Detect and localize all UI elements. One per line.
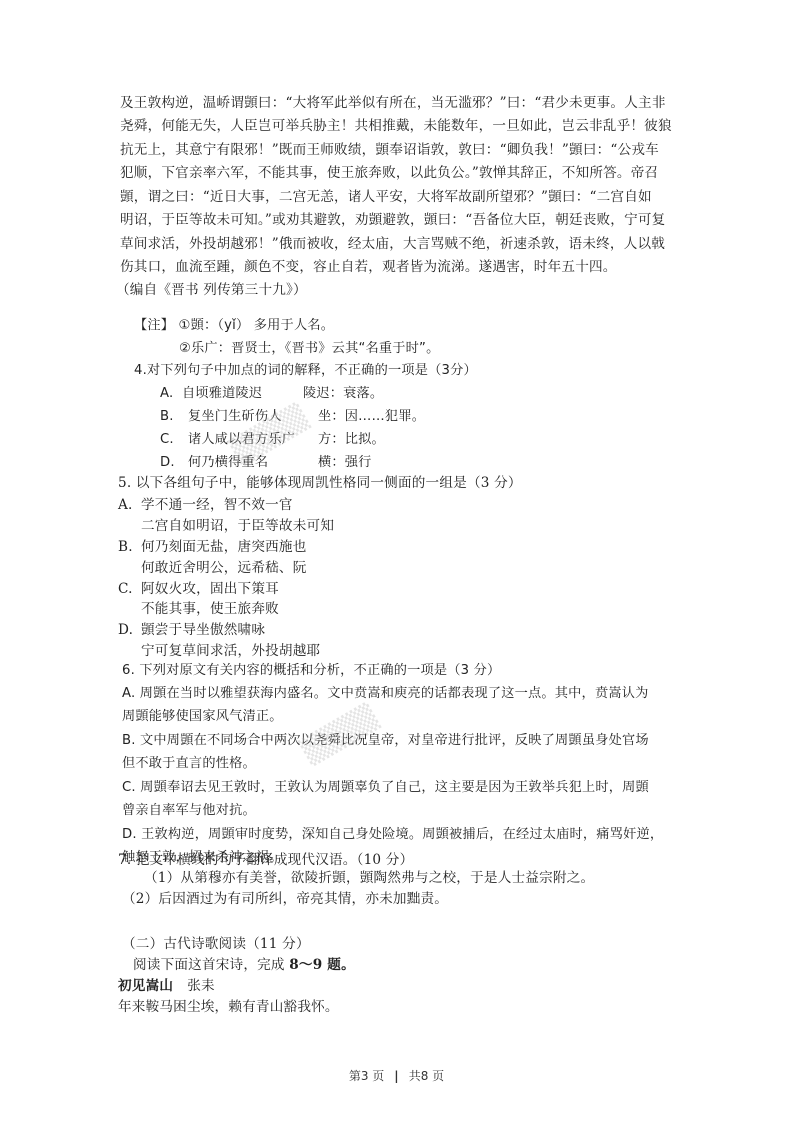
- instruction-text: 阅读下面这首宋诗，完成: [133, 957, 289, 973]
- q5-option-line: 何敢近舍明公，远希嵇、阮: [141, 559, 307, 577]
- q7-item: （1）从第穆亦有美誉，欲陵折顗，顗陶然弗与之校，于是人士益宗附之。: [144, 869, 594, 887]
- note-1: 【注】 ①顗：（yǐ） 多用于人名。: [134, 317, 334, 335]
- current-page: 第3 页: [349, 1069, 384, 1083]
- q4-option-label: A.: [160, 385, 173, 403]
- q4-option-gloss: 方：比拟。: [318, 431, 385, 449]
- question-7-stem: 7. 把文中横线的句子翻译成现代汉语。（10 分）: [118, 851, 413, 869]
- footer-separator: |: [394, 1069, 398, 1083]
- passage-line: 及王敦构逆，温峤谓顗曰：“大将军此举似有所在，当无滥邪？”曰：“君少未更事。人主…: [120, 94, 666, 112]
- poem-title: 初见嵩山: [118, 978, 173, 994]
- q4-option-sentence: 复坐门生斫伤人: [188, 408, 282, 426]
- page-footer: 第3 页|共8 页: [0, 1067, 793, 1084]
- question-4-stem: 4.对下列句子中加点的词的解释，不正确的一项是（3分）: [134, 362, 477, 380]
- passage-line: 犯顺，下官亲率六军，不能其事，使王旅奔败，以此负公。”敦惮其辞正，不知所答。帝召: [120, 164, 658, 182]
- q4-option-label: C.: [160, 431, 174, 449]
- q6-option-line: 但不敢于直言的性格。: [122, 755, 256, 773]
- q6-option-line: 曾亲自率军与他对抗。: [122, 802, 256, 820]
- q5-option-line: 学不通一经，智不效一官: [141, 496, 293, 514]
- instruction-bold: 8～9 题。: [289, 957, 355, 973]
- document-page: 及王敦构逆，温峤谓顗曰：“大将军此举似有所在，当无滥邪？”曰：“君少未更事。人主…: [0, 0, 793, 1122]
- passage-line: 伤其口，血流至踵，颜色不变，容止自若，观者皆为流涕。遂遇害，时年五十四。: [120, 258, 617, 276]
- q5-option-line: 不能其事，使王旅奔败: [141, 600, 279, 618]
- q5-option-label: B.: [118, 538, 133, 556]
- passage-source: （编自《晋书 列传第三十九》）: [116, 281, 307, 299]
- note-2: ②乐广：晋贤士，《晋书》云其“名重于时”。: [179, 340, 439, 358]
- passage-line: 顗，谓之曰：“近日大事，二宫无恙，诸人平安，大将军故副所望邪？”顗曰：“二宫自如: [120, 188, 652, 206]
- q6-option-line: D. 王敦构逆，周顗审时度势，深知自己身处险境。周顗被捕后，在经过太庙时，痛骂奸…: [122, 826, 663, 844]
- q5-option-label: D.: [118, 621, 133, 639]
- q5-option-label: C.: [118, 580, 133, 598]
- q7-item: （2）后因酒过为有司所纠，帝亮其情，亦未加黜责。: [122, 890, 448, 908]
- q5-option-line: 顗尝于导坐傲然啸咏: [141, 621, 265, 639]
- passage-line: 明诏，于臣等故未可知。”或劝其避敦，劝顗避敦，顗曰：“吾备位大臣，朝廷丧败，宁可…: [120, 211, 665, 229]
- q6-option-line: C. 周顗奉诏去见王敦时，王敦认为周顗辜负了自己，这主要是因为王敦举兵犯上时，周…: [122, 779, 649, 797]
- q4-option-label: B.: [160, 408, 174, 426]
- section-heading: （二）古代诗歌阅读（11 分）: [122, 935, 310, 953]
- q5-option-line: 何乃刻面无盐，唐突西施也: [141, 538, 307, 556]
- passage-line: 尧舜，何能无失，人臣岂可举兵胁主！共相推戴，未能数年，一旦如此，岂云非乱乎！彼狼: [120, 117, 672, 135]
- poem-line: 年来鞍马困尘埃，赖有青山豁我怀。: [118, 998, 339, 1016]
- q4-option-sentence: 自顷雅道陵迟: [182, 385, 262, 403]
- q4-option-sentence: 诸人咸以君方乐广: [188, 431, 295, 449]
- q4-option-label: D.: [160, 454, 175, 472]
- poem-author: 张耒: [187, 978, 215, 994]
- q5-option-label: A.: [118, 496, 133, 514]
- question-6-stem: 6. 下列对原文有关内容的概括和分析，不正确的一项是（3 分）: [122, 662, 500, 680]
- poem-header: 初见嵩山张耒: [118, 977, 215, 995]
- question-5-stem: 5. 以下各组句子中，能够体现周凯性格同一侧面的一组是（3 分）: [118, 474, 522, 492]
- q6-option-line: B. 文中周顗在不同场合中两次以尧舜比况皇帝，对皇帝进行批评，反映了周顗虽身处官…: [122, 732, 649, 750]
- passage-line: 抗无上，其意宁有限邪！”既而王师败绩，顗奉诏诣敦，敦曰：“卿负我！”顗曰：“公戎…: [120, 141, 659, 159]
- q4-option-sentence: 何乃横得重名: [188, 454, 268, 472]
- q5-option-line: 二宫自如明诏，于臣等故未可知: [141, 517, 334, 535]
- q4-option-gloss: 陵迟：衰落。: [303, 385, 383, 403]
- total-pages: 共8 页: [409, 1069, 444, 1083]
- q6-option-line: 周顗能够使国家风气清正。: [122, 708, 283, 726]
- q4-option-gloss: 横：强行: [318, 454, 372, 472]
- q4-option-gloss: 坐：因……犯罪。: [318, 408, 425, 426]
- q5-option-line: 阿奴火攻，固出下策耳: [141, 580, 279, 598]
- q6-option-line: A. 周顗在当时以雅望获海内盛名。文中贲嵩和庾亮的话都表现了这一点。其中，贲嵩认…: [122, 685, 649, 703]
- q5-option-line: 宁可复草间求活，外投胡越耶: [141, 642, 320, 660]
- passage-line: 草间求活，外投胡越邪！”俄而被收，经太庙，大言骂贼不绝，祈速杀敦，语未终，人以戟: [120, 235, 665, 253]
- section-instruction: 阅读下面这首宋诗，完成 8～9 题。: [133, 956, 355, 974]
